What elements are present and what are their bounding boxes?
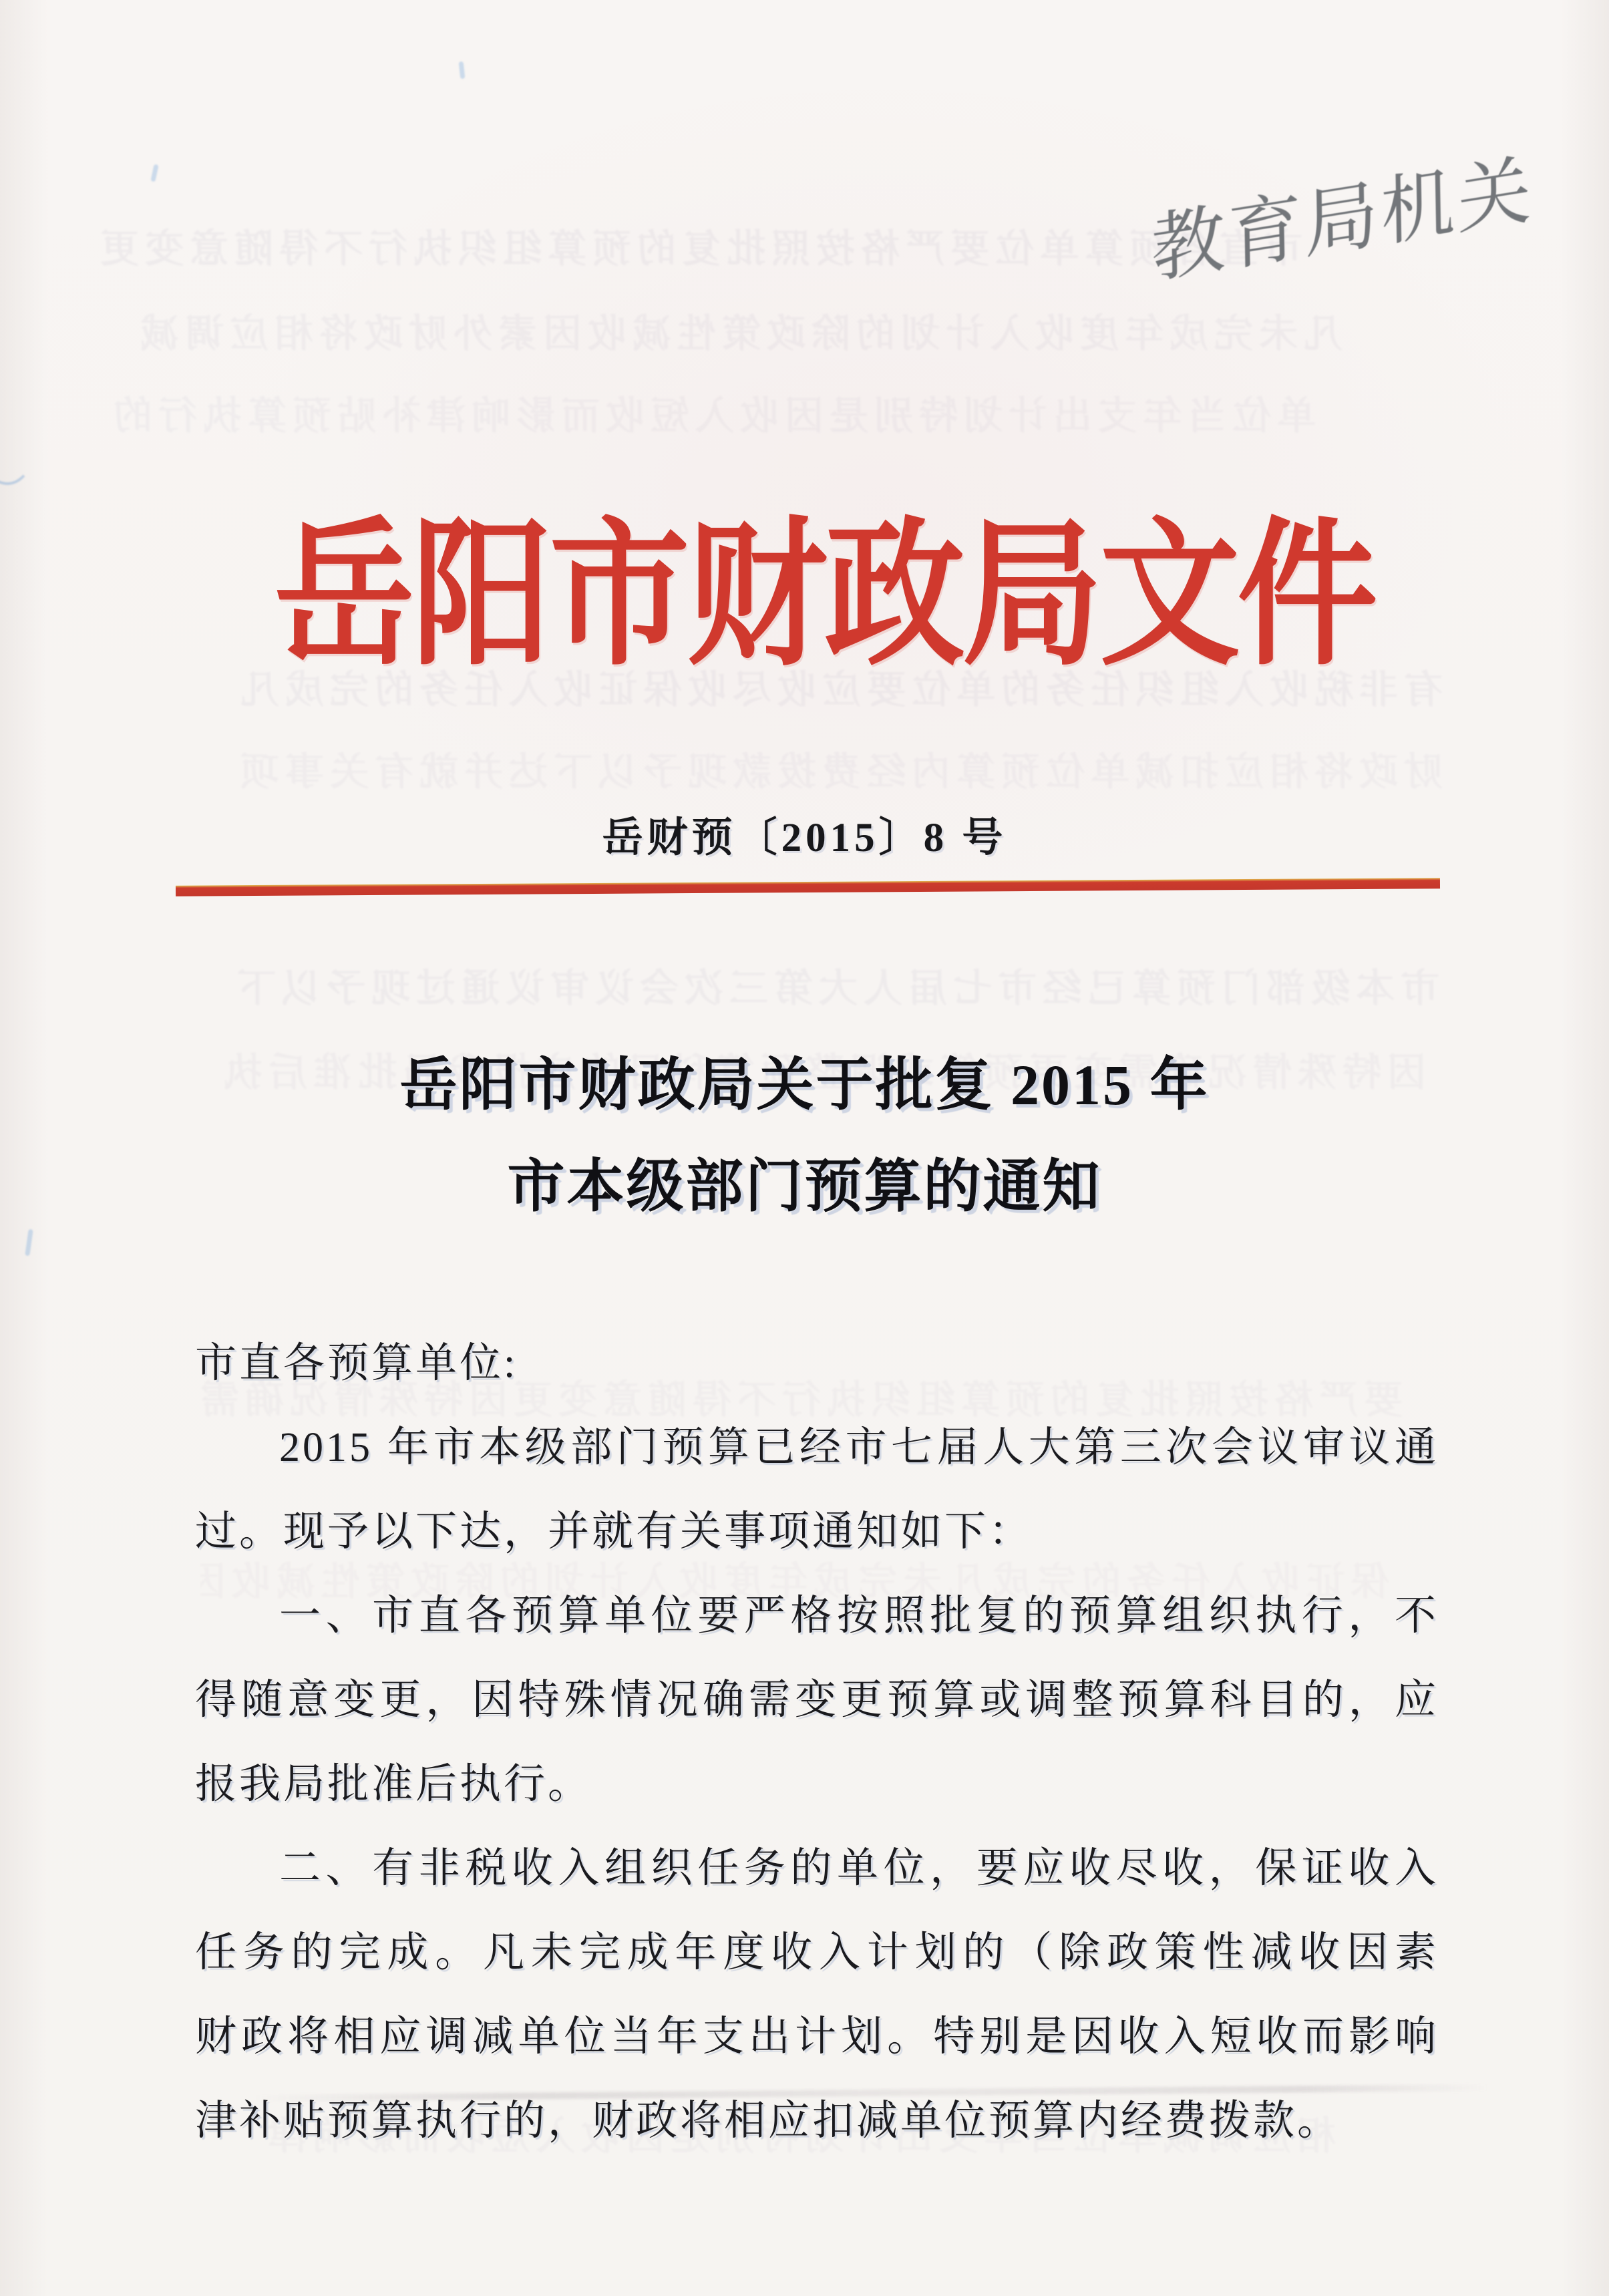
body-line: 任务的完成。凡未完成年度收入计划的（除政策性减收因素外）， bbox=[195, 1911, 1439, 1995]
body-line: 得随意变更，因特殊情况确需变更预算或调整预算科目的，应 bbox=[195, 1658, 1439, 1742]
notice-title-line2: 市本级部门预算的通知 bbox=[0, 1136, 1609, 1237]
document-page: 市直各预算单位要严格按照批复的预算组织执行不得随意变更 凡未完成年度收入计划的除… bbox=[0, 0, 1609, 2296]
red-rule-divider bbox=[176, 878, 1440, 896]
body-text: 市直各预算单位: 2015 年市本级部门预算已经市七届人大第三次会议审议通 过。… bbox=[195, 1321, 1439, 2163]
body-line: 二、有非税收入组织任务的单位，要应收尽收，保证收入 bbox=[195, 1826, 1439, 1911]
body-line: 一、市直各预算单位要严格按照批复的预算组织执行，不 bbox=[195, 1574, 1439, 1658]
body-line: 2015 年市本级部门预算已经市七届人大第三次会议审议通 bbox=[195, 1406, 1439, 1490]
letterhead-title: 岳阳市财政局文件 bbox=[20, 468, 1609, 695]
salutation-line: 市直各预算单位: bbox=[195, 1321, 1439, 1406]
ghost-bleedthrough-line: 市本级部门预算已经市七届人大第三次会议审议通过现予以下 bbox=[170, 957, 1439, 1013]
ghost-bleedthrough-line: 单位当年支出计划特别是因收入短收而影响津补贴预算执行的 bbox=[100, 384, 1316, 440]
ghost-bleedthrough-line: 市直各预算单位要严格按照批复的预算组织执行不得随意变更 bbox=[100, 217, 1302, 273]
blue-speck bbox=[459, 61, 466, 79]
body-line: 报我局批准后执行。 bbox=[195, 1742, 1439, 1826]
notice-title-line1: 岳阳市财政局关于批复 2015 年 bbox=[0, 1034, 1609, 1136]
handwritten-annotation: 教育局机关 bbox=[1150, 137, 1482, 298]
blue-speck bbox=[150, 164, 158, 182]
document-number: 岳财预〔2015〕8 号 bbox=[0, 805, 1609, 863]
body-line: 过。现予以下达，并就有关事项通知如下： bbox=[195, 1490, 1439, 1574]
ghost-bleedthrough-line: 财政将相应扣减单位预算内经费拨款现予以下达并就有关事项 bbox=[140, 740, 1443, 796]
body-line: 财政将相应调减单位当年支出计划。特别是因收入短收而影响 bbox=[195, 1995, 1439, 2079]
ghost-bleedthrough-line: 凡未完成年度收入计划的除政策性减收因素外财政将相应调减 bbox=[100, 302, 1343, 358]
notice-title: 岳阳市财政局关于批复 2015 年 市本级部门预算的通知 bbox=[0, 1034, 1609, 1237]
